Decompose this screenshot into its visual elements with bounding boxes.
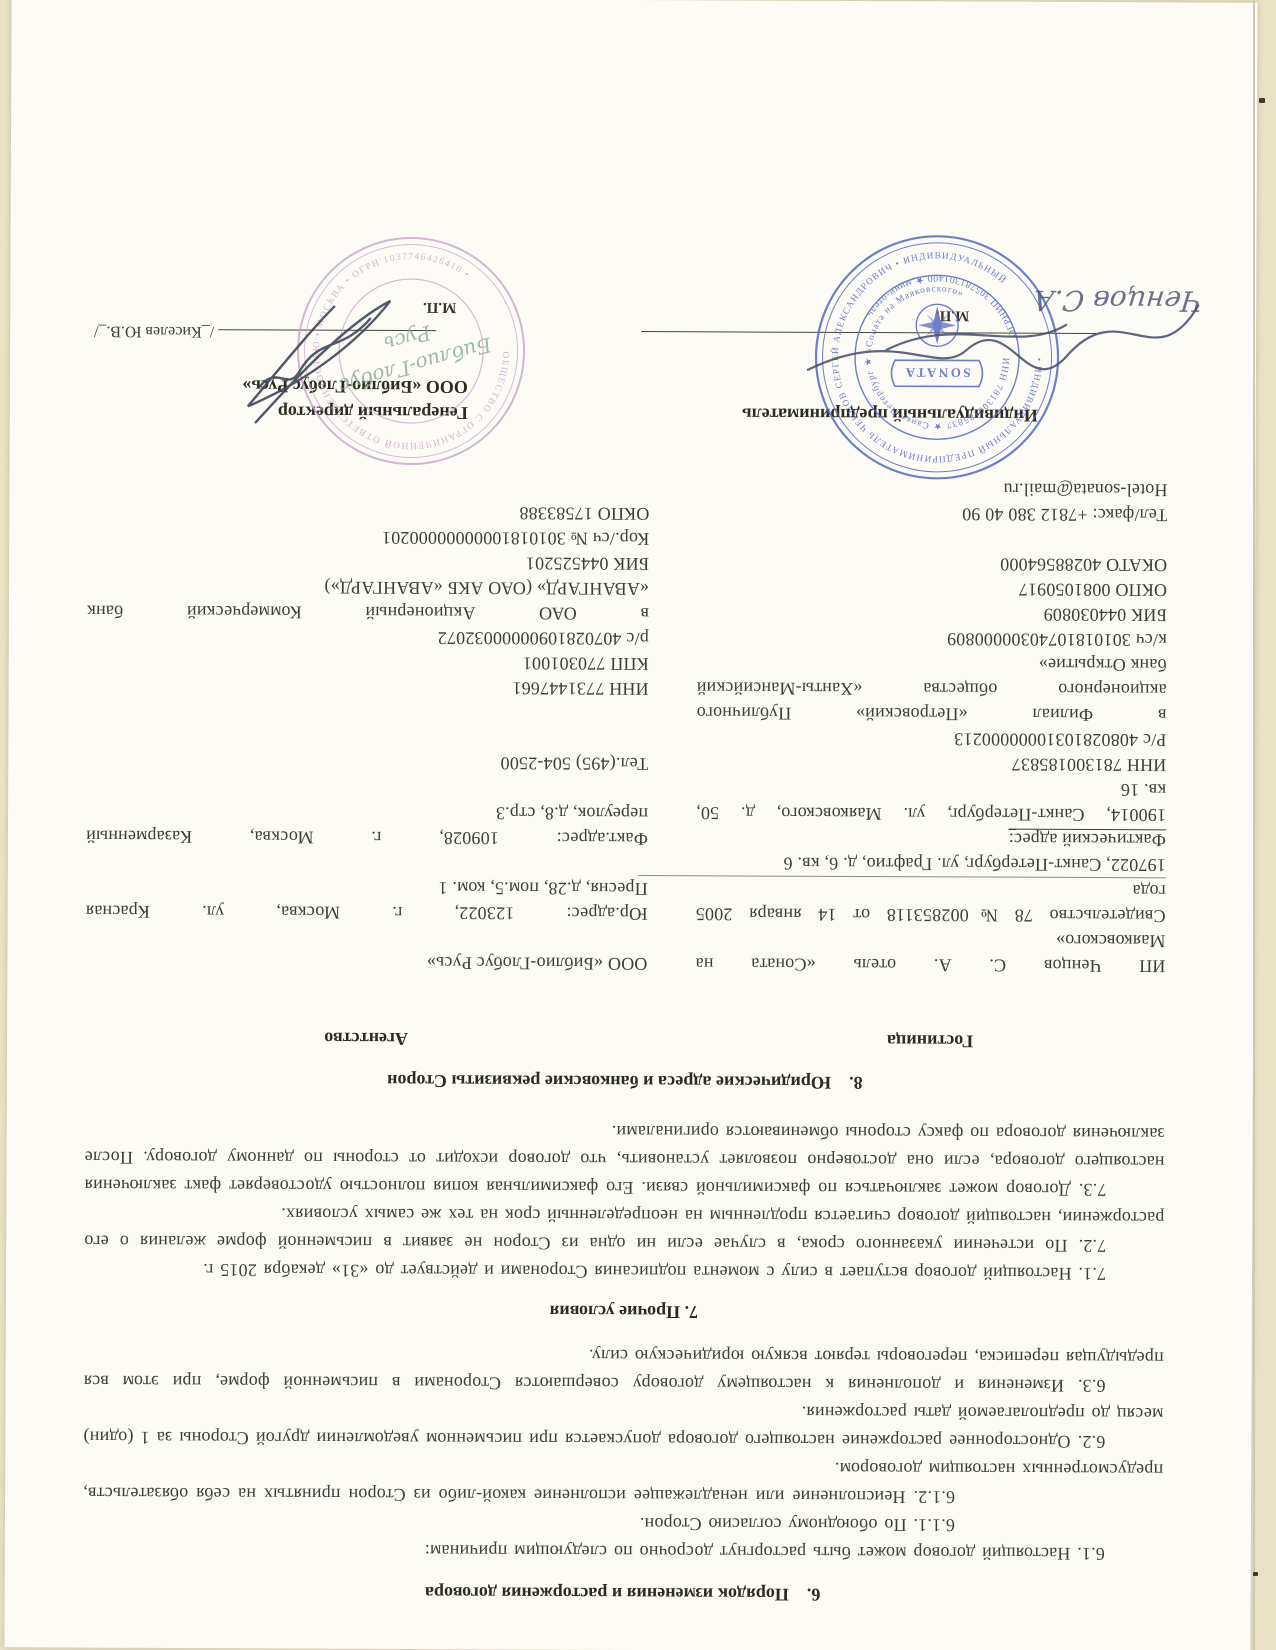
requisite-line: КПП 770301001 — [87, 649, 649, 676]
requisite-line: банк Открытие» — [697, 650, 1167, 677]
contract-body: 6. Порядок изменения и расторжения догов… — [4, 1065, 1253, 1650]
section-6-heading: 6. Порядок изменения и расторжения догов… — [83, 1578, 1163, 1611]
hotel-handwritten-signature: Ченцов С.А — [786, 271, 1217, 398]
requisite-line: акционерного общества «Ханты-Мансийский — [697, 675, 1167, 702]
document-page: 6. Порядок изменения и расторжения догов… — [4, 0, 1257, 1650]
clause-6-2: 6.2. Одностороннее расторжение настоящег… — [83, 1396, 1163, 1457]
requisite-line: Юр.адрес: 123022, г. Москва, ул. Красная — [86, 899, 648, 926]
requisite-line: 190014, Санкт-Петербург, ул. Маяковского… — [696, 800, 1166, 827]
scanned-contract-page: { "sections": { "s6": { "heading": "6.\u… — [0, 0, 1276, 1650]
scanner-background: 6. Порядок изменения и расторжения догов… — [0, 0, 1276, 1650]
clause-7-2: 7.2. По истечении указанного срока, в сл… — [84, 1200, 1164, 1261]
requisite-line: года — [638, 875, 1166, 903]
clause-7-1: 7.1. Настоящий договор вступает в силу с… — [84, 1256, 1164, 1289]
requisite-line: Тел.(495) 504-2500 — [86, 749, 648, 776]
requisite-line: БИК 044030809 — [697, 600, 1167, 627]
requisite-line: Р/с 40802810310000000213 — [696, 725, 1166, 752]
requisite-line: в ОАО Акционерный Коммерческий банк — [87, 599, 649, 626]
agency-column-header: Агентство — [85, 1024, 647, 1054]
requisite-line: ОКПО 0081050917 — [697, 575, 1167, 602]
requisite-line: Кор./сч № 30101810000000000201 — [87, 524, 649, 551]
requisite-line: к/сч 30101810740300000809 — [697, 625, 1167, 652]
requisite-line: БИК 044525201 — [87, 549, 649, 576]
section-8-heading: 8. Юридические адреса и банковские рекви… — [85, 1066, 1165, 1099]
requisite-line: 197022, Санкт-Петербург, ул. Графтио, д.… — [696, 850, 1166, 877]
requisites-column-headers: Гостиница Агентство — [7, 1023, 1253, 1056]
requisite-line: Фактический адрес: — [696, 825, 1166, 852]
requisites-table: ИП Ченцов С. А. отель «Соната наМаяковск… — [7, 472, 1255, 978]
requisite-line: «АВАНГАРД» (ОАО АКБ «АВАНГАРД») — [87, 574, 649, 601]
scan-speck — [1253, 1572, 1258, 1576]
requisite-line: ИП Ченцов С. А. отель «Соната на — [695, 951, 1165, 978]
scan-speck — [1259, 98, 1265, 103]
requisite-line: переулок, д.8, стр.3 — [86, 799, 648, 826]
requisite-line: Тел/факс: +7812 380 40 90 — [697, 500, 1167, 527]
requisite-line: Свидетельство 78 №002853118 от 14 января… — [696, 901, 1166, 928]
requisite-line: ОКАТО 40288564000 — [697, 550, 1167, 577]
requisite-line: Маяковского» — [695, 926, 1165, 953]
clause-6-3: 6.3. Изменения и дополнения к настоящему… — [84, 1340, 1164, 1401]
agency-handwritten-signature — [183, 291, 429, 437]
requisite-line — [86, 724, 648, 751]
requisite-line — [697, 525, 1167, 552]
requisite-line: р/с 40702810900000032072 — [87, 624, 649, 651]
clause-6-1-1: 6.1.1. По обоюдному согласию Сторон. — [83, 1508, 1163, 1541]
requisite-line: кв. 16 — [696, 775, 1166, 802]
hotel-requisites: ИП Ченцов С. А. отель «Соната наМаяковск… — [695, 475, 1167, 978]
hotel-signed-name: Ченцов С.А — [1031, 284, 1204, 318]
requisite-line — [85, 924, 647, 951]
requisite-line: в Филиал «Петровский» Публичного — [696, 700, 1166, 727]
requisite-line: Факт.адрес: 109028, г. Москва, Казарменн… — [86, 824, 648, 851]
hotel-column-header: Гостиница — [695, 1026, 1165, 1056]
requisite-line — [86, 849, 648, 876]
clause-6-1: 6.1. Настоящий договор может быть растор… — [83, 1536, 1163, 1569]
requisite-line: Пресня, д.28, пом.5, ком. 1 — [86, 874, 648, 901]
requisite-line: ИНН 781300185837 — [696, 750, 1166, 777]
clause-7-3: 7.3. Договор может заключаться по факсим… — [84, 1116, 1164, 1205]
requisite-line — [86, 699, 648, 726]
clause-6-1-2: 6.1.2. Неисполнение или ненадлежащее исп… — [83, 1452, 1163, 1513]
section-7-heading: 7. Прочие условия — [84, 1296, 1164, 1329]
requisite-line: ИНН 7731447661 — [87, 674, 649, 701]
requisite-line: ОКПО 17583388 — [87, 499, 649, 526]
page-edge-shadow — [1253, 0, 1255, 1650]
requisite-line: ООО «Библио-Глобус Русь» — [85, 949, 647, 976]
agency-requisites: ООО «Библио-Глобус Русь» Юр.адрес: 12302… — [85, 473, 649, 976]
requisite-line — [86, 774, 648, 801]
